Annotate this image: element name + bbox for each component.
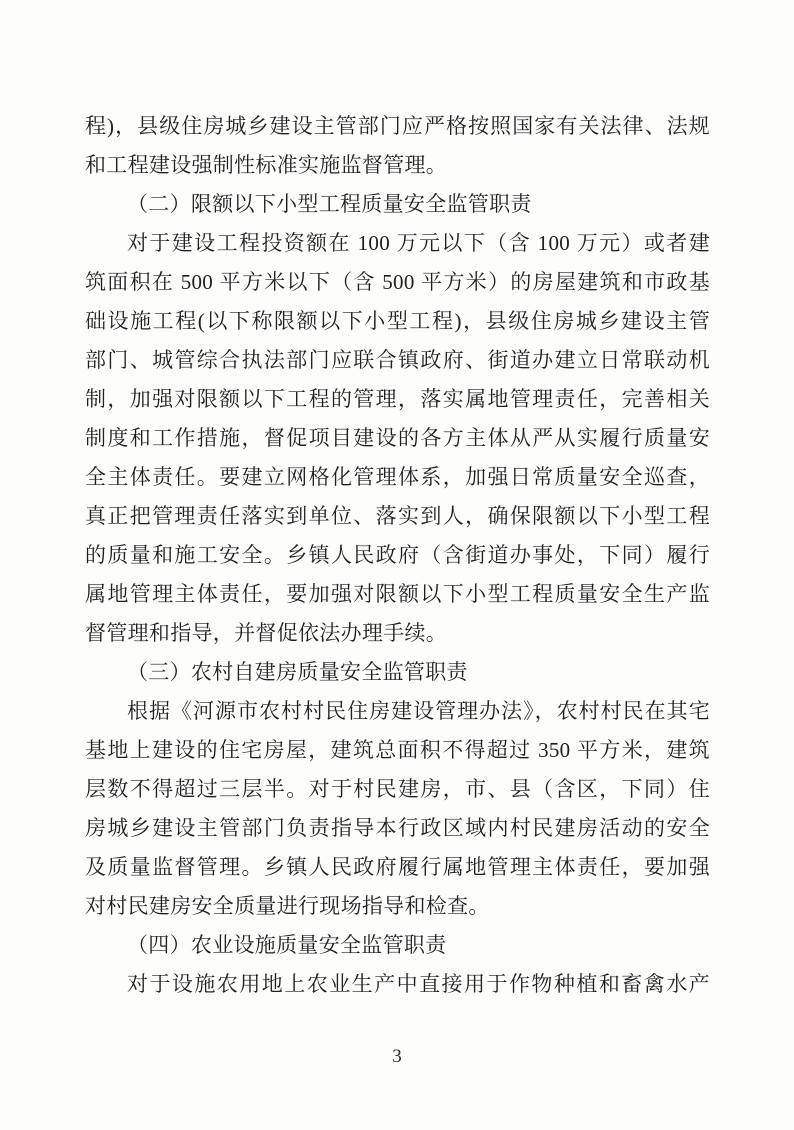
text-line: 筑面积在 500 平方米以下（含 500 平方米）的房屋建筑和市政基 xyxy=(85,263,710,302)
text-line: 对于设施农用地上农业生产中直接用于作物种植和畜禽水产 xyxy=(85,965,710,1004)
text-line: 督管理和指导，并督促依法办理手续。 xyxy=(85,614,710,653)
section-heading: （三）农村自建房质量安全监管职责 xyxy=(85,653,710,692)
text-line: 程)，县级住房城乡建设主管部门应严格按照国家有关法律、法规 xyxy=(85,107,710,146)
document-body: 程)，县级住房城乡建设主管部门应严格按照国家有关法律、法规和工程建设强制性标准实… xyxy=(85,107,710,1004)
text-line: 对于建设工程投资额在 100 万元以下（含 100 万元）或者建 xyxy=(85,224,710,263)
text-line: 制度和工作措施，督促项目建设的各方主体从严从实履行质量安 xyxy=(85,419,710,458)
text-line: 真正把管理责任落实到单位、落实到人，确保限额以下小型工程 xyxy=(85,497,710,536)
document-page: 程)，县级住房城乡建设主管部门应严格按照国家有关法律、法规和工程建设强制性标准实… xyxy=(0,0,794,1130)
text-line: 层数不得超过三层半。对于村民建房，市、县（含区，下同）住 xyxy=(85,770,710,809)
text-line: 对村民建房安全质量进行现场指导和检查。 xyxy=(85,887,710,926)
page-number: 3 xyxy=(0,1044,794,1070)
text-line: 基地上建设的住宅房屋，建筑总面积不得超过 350 平方米，建筑 xyxy=(85,731,710,770)
text-line: 及质量监督管理。乡镇人民政府履行属地管理主体责任，要加强 xyxy=(85,848,710,887)
section-heading: （四）农业设施质量安全监管职责 xyxy=(85,926,710,965)
text-line: 全主体责任。要建立网格化管理体系，加强日常质量安全巡查， xyxy=(85,458,710,497)
text-line: 的质量和施工安全。乡镇人民政府（含街道办事处，下同）履行 xyxy=(85,536,710,575)
section-heading: （二）限额以下小型工程质量安全监管职责 xyxy=(85,185,710,224)
text-line: 根据《河源市农村村民住房建设管理办法》，农村村民在其宅 xyxy=(85,692,710,731)
text-line: 部门、城管综合执法部门应联合镇政府、街道办建立日常联动机 xyxy=(85,341,710,380)
text-line: 制，加强对限额以下工程的管理，落实属地管理责任，完善相关 xyxy=(85,380,710,419)
text-line: 属地管理主体责任，要加强对限额以下小型工程质量安全生产监 xyxy=(85,575,710,614)
text-line: 和工程建设强制性标准实施监督管理。 xyxy=(85,146,710,185)
text-line: 房城乡建设主管部门负责指导本行政区域内村民建房活动的安全 xyxy=(85,809,710,848)
text-line: 础设施工程(以下称限额以下小型工程)，县级住房城乡建设主管 xyxy=(85,302,710,341)
